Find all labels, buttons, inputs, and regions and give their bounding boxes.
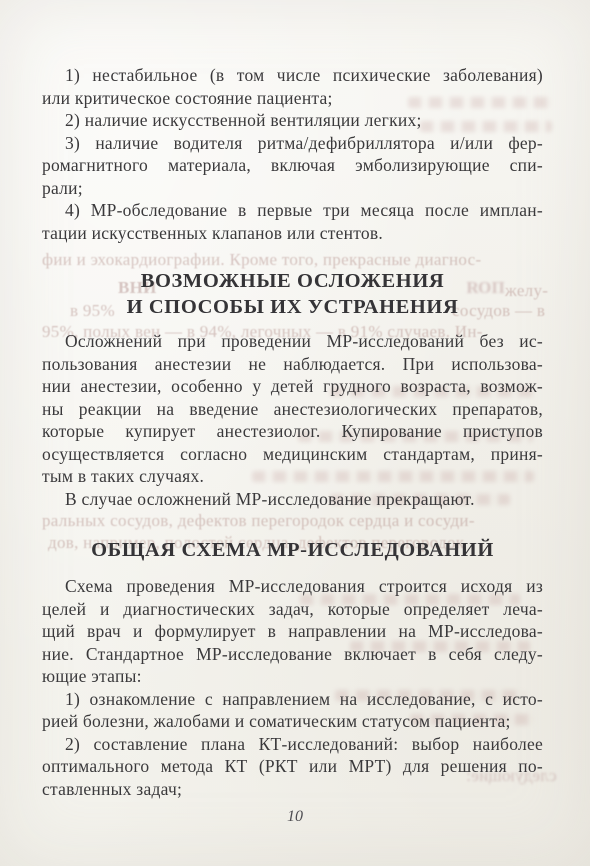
complications-paragraph: Осложнений при проведении МР-исследовани…	[42, 330, 543, 488]
text-line: пользования анестезии не наблюдается. Пр…	[42, 353, 543, 376]
text-line: рали;	[42, 177, 543, 200]
text-line: оптимального метода КТ (РКТ или МРТ) для…	[42, 755, 543, 778]
text-line: нии анестезии, особенно у детей грудного…	[42, 375, 543, 398]
complications-stop-paragraph: В случае осложнений МР-исследование прек…	[42, 488, 543, 511]
text-line: 3) наличие водителя ритма/дефибриллятора…	[42, 132, 543, 155]
contraindication-item-3: 3) наличие водителя ритма/дефибриллятора…	[42, 132, 543, 200]
text-line: тым в таких случаях.	[42, 465, 543, 488]
text-line: Осложнений при проведении МР-исследовани…	[42, 330, 543, 353]
text-line: которые купирует анестезиолог. Купирован…	[42, 420, 543, 443]
contraindication-item-2: 2) наличие искусственной вентиляции легк…	[42, 109, 543, 132]
text-line: тации искусственных клапанов или стентов…	[42, 222, 543, 245]
text-line: ны реакции на введение анестезиологическ…	[42, 398, 543, 421]
text-line: ставленных задач;	[42, 778, 543, 801]
scheme-step-2: 2) составление плана КТ-исследований: вы…	[42, 733, 543, 801]
page-number: 10	[0, 808, 590, 826]
text-line: рией болезни, жалобами и соматическим ст…	[42, 710, 543, 733]
text-line: 1) нестабильное (в том числе психические…	[42, 64, 543, 87]
text-line: 2) наличие искусственной вентиляции легк…	[42, 109, 543, 132]
text-line: или критическое состояние пациента;	[42, 87, 543, 110]
text-line: 2) составление плана КТ-исследований: вы…	[42, 733, 543, 756]
text-line: ющие этапы:	[42, 665, 543, 688]
complications-heading: ВОЗМОЖНЫЕ ОСЛОЖЕНИЯИ СПОСОБЫ ИХ УСТРАНЕН…	[42, 268, 543, 320]
scanned-book-page: { "document": { "language": "ru", "page_…	[0, 0, 590, 866]
text-line: В случае осложнений МР-исследование прек…	[42, 488, 543, 511]
heading-line: И СПОСОБЫ ИХ УСТРАНЕНИЯ	[42, 294, 543, 320]
heading-line: ВОЗМОЖНЫЕ ОСЛОЖЕНИЯ	[42, 268, 543, 294]
heading-line: ОБЩАЯ СХЕМА МР-ИССЛЕДОВАНИЙ	[42, 537, 543, 563]
contraindication-item-4: 4) МР-обследование в первые три месяца п…	[42, 199, 543, 244]
text-line: осуществляется согласно медицинским стан…	[42, 443, 543, 466]
text-line: Схема проведения МР-исследования строитс…	[42, 575, 543, 598]
scheme-heading: ОБЩАЯ СХЕМА МР-ИССЛЕДОВАНИЙ	[42, 537, 543, 563]
contraindication-item-1: 1) нестабильное (в том числе психические…	[42, 64, 543, 109]
text-line: щий врач и формулирует в направлении на …	[42, 620, 543, 643]
text-line: 4) МР-обследование в первые три месяца п…	[42, 199, 543, 222]
scheme-intro-paragraph: Схема проведения МР-исследования строитс…	[42, 575, 543, 688]
text-line: целей и диагностических задач, которые о…	[42, 598, 543, 621]
text-line: ромагнитного материала, включая эмболизи…	[42, 154, 543, 177]
scheme-step-1: 1) ознакомление с направлением на исслед…	[42, 688, 543, 733]
text-column: 1) нестабильное (в том числе психические…	[42, 64, 543, 800]
text-line: ние. Стандартное МР-исследование включае…	[42, 643, 543, 666]
text-line: 1) ознакомление с направлением на исслед…	[42, 688, 543, 711]
